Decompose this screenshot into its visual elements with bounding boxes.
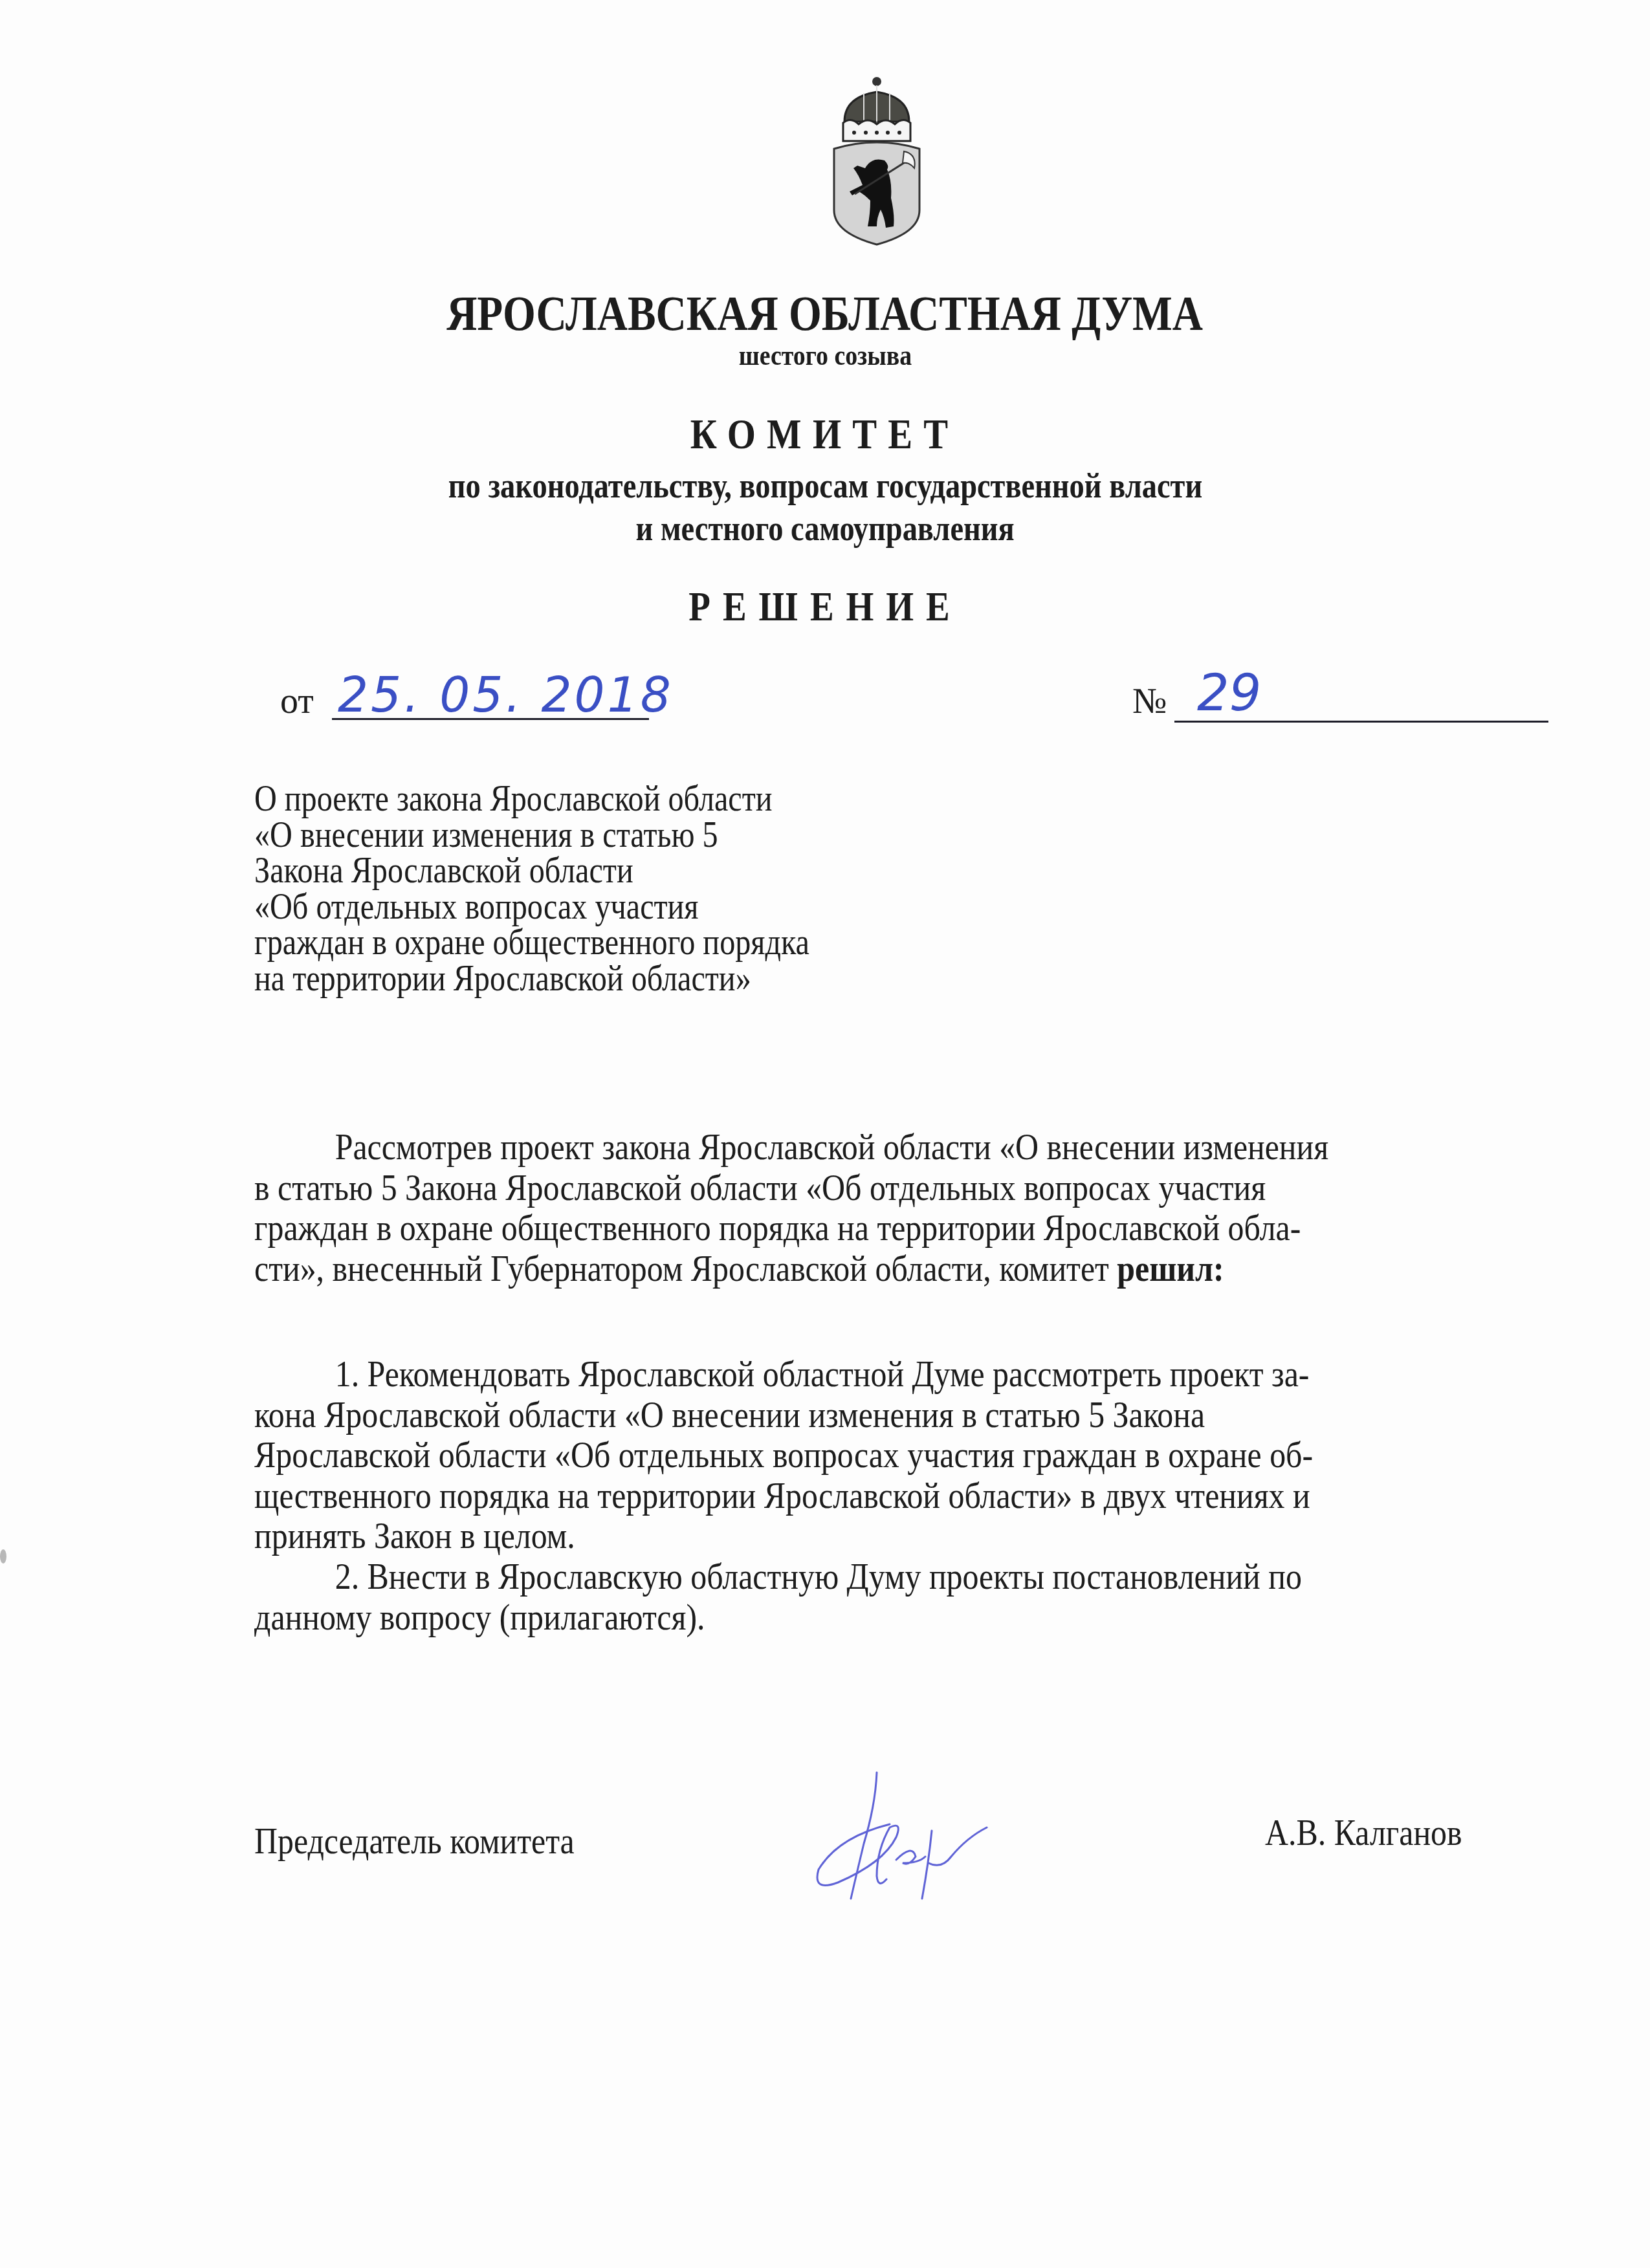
handwritten-signature — [799, 1766, 1045, 1908]
subject-line: «О внесении изменения в статью 5 — [254, 818, 718, 854]
signatory-title-text: Председатель комитета — [254, 1820, 575, 1862]
decision-item-1: 1. Рекомендовать Ярославской областной Д… — [254, 1354, 1519, 1556]
paragraph-line: 2. Внести в Ярославскую областную Думу п… — [254, 1556, 1302, 1597]
subject-line: О проекте закона Ярославской области — [254, 781, 772, 818]
paragraph-line-text: сти», внесенный Губернатором Ярославской… — [254, 1247, 1117, 1289]
committee-name-text: по законодательству, вопросам государств… — [448, 464, 1202, 507]
committee-name-line-2: и местного самоуправления — [0, 507, 1650, 550]
date-label: от — [280, 681, 314, 722]
subject-line: Закона Ярославской области — [254, 853, 633, 889]
paragraph-line: данному вопросу (прилагаются). — [254, 1597, 705, 1638]
document-type-heading: РЕШЕНИЕ — [0, 581, 1650, 633]
committee-heading: КОМИТЕТ — [0, 409, 1650, 461]
number-underline — [1174, 721, 1548, 723]
paragraph-line: щественного порядка на территории Яросла… — [254, 1476, 1310, 1516]
paragraph-line: кона Ярославской области «О внесении изм… — [254, 1395, 1205, 1435]
scan-punch-mark — [0, 1549, 6, 1564]
paragraph-line: сти», внесенный Губернатором Ярославской… — [254, 1248, 1224, 1289]
signatory-name-text: А.В. Калганов — [1265, 1811, 1462, 1854]
organization-title: ЯРОСЛАВСКАЯ ОБЛАСТНАЯ ДУМА — [0, 285, 1650, 343]
subject-line: на территории Ярославской области» — [254, 961, 751, 998]
organization-title-text: ЯРОСЛАВСКАЯ ОБЛАСТНАЯ ДУМА — [447, 285, 1204, 343]
subject-line: граждан в охране общественного порядка — [254, 925, 809, 961]
paragraph-line: Рассмотрев проект закона Ярославской обл… — [254, 1127, 1328, 1168]
date-underline — [332, 718, 649, 720]
decision-keyword: решил: — [1117, 1247, 1224, 1289]
subject-block: О проекте закона Ярославской области «О … — [254, 781, 900, 997]
paragraph-line: принять Закон в целом. — [254, 1516, 575, 1556]
date-handwritten: 25. 05. 2018 — [338, 670, 674, 721]
preamble-paragraph: Рассмотрев проект закона Ярославской обл… — [254, 1127, 1519, 1289]
subject-line: «Об отдельных вопросах участия — [254, 889, 698, 926]
committee-name-line-1: по законодательству, вопросам государств… — [0, 464, 1650, 507]
paragraph-line: граждан в охране общественного порядка н… — [254, 1208, 1301, 1248]
coat-of-arms-emblem — [825, 71, 929, 246]
number-handwritten: 29 — [1197, 666, 1261, 721]
committee-name-text: и местного самоуправления — [635, 507, 1014, 550]
paragraph-line: 1. Рекомендовать Ярославской областной Д… — [254, 1354, 1309, 1395]
paragraph-line: в статью 5 Закона Ярославской области «О… — [254, 1168, 1266, 1208]
number-label: № — [1132, 681, 1167, 722]
signatory-name: А.В. Калганов — [1265, 1811, 1494, 1854]
convocation-subtitle: шестого созыва — [0, 338, 1650, 374]
paragraph-line: Ярославской области «Об отдельных вопрос… — [254, 1435, 1313, 1476]
committee-heading-text: КОМИТЕТ — [690, 409, 960, 461]
signatory-title: Председатель комитета — [254, 1820, 626, 1862]
convocation-text: шестого созыва — [738, 338, 911, 374]
decision-item-2: 2. Внести в Ярославскую областную Думу п… — [254, 1556, 1519, 1637]
document-type-text: РЕШЕНИЕ — [688, 581, 962, 633]
